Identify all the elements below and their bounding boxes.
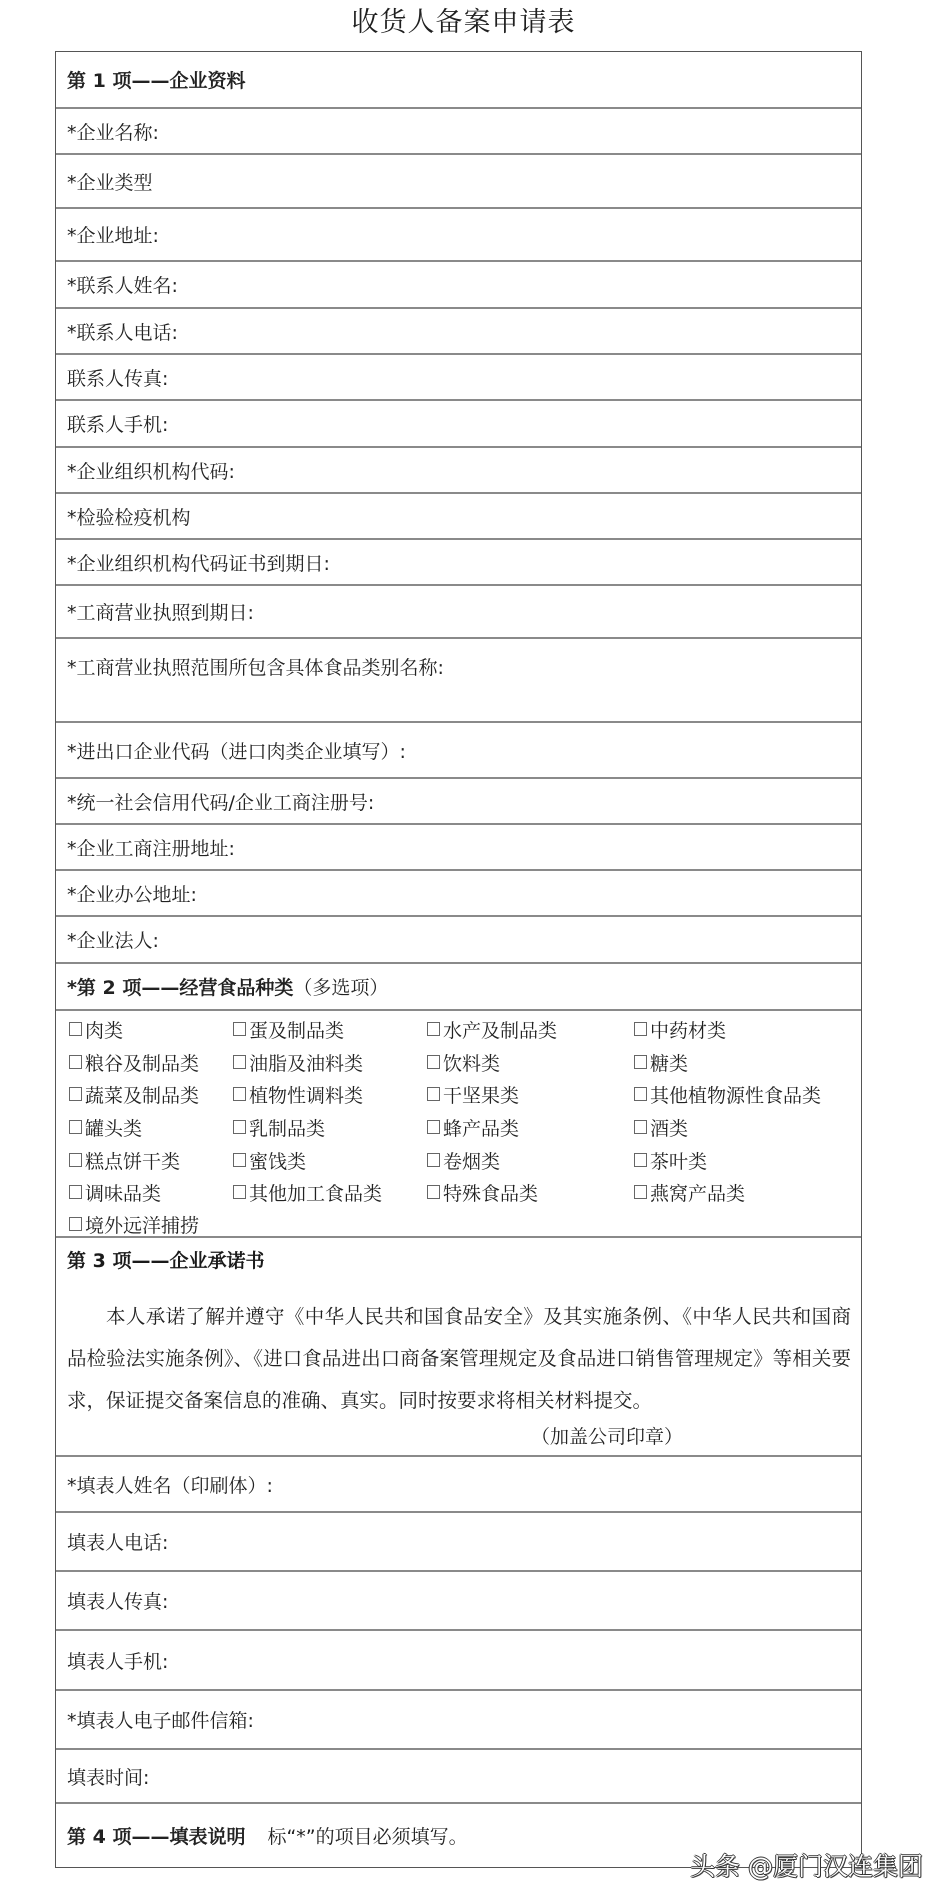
section2-heading-text: *第 2 项——经营食品种类 <box>67 973 293 1000</box>
checkbox-meat[interactable]: 肉类 <box>69 1016 123 1042</box>
field-label: *企业组织机构代码证书到期日: <box>67 549 330 576</box>
checkbox-icon <box>69 1185 82 1199</box>
field-label: 填表人手机: <box>67 1647 168 1674</box>
checkbox-icon <box>233 1120 246 1134</box>
application-form-table: 第 1 项——企业资料 *企业名称: *企业类型 *企业地址: *联系人姓名: … <box>55 51 862 1868</box>
field-filler-name[interactable]: *填表人姓名（印刷体）: <box>56 1457 861 1513</box>
field-label: *统一社会信用代码/企业工商注册号: <box>67 788 374 815</box>
checkbox-dairy[interactable]: 乳制品类 <box>233 1114 325 1140</box>
field-label: *填表人电子邮件信箱: <box>67 1706 254 1733</box>
checkbox-chinese-medicine[interactable]: 中药材类 <box>634 1016 726 1042</box>
field-import-export-code[interactable]: *进出口企业代码（进口肉类企业填写）: <box>56 723 861 779</box>
checkbox-sugar[interactable]: 糖类 <box>634 1049 688 1075</box>
section3-commitment: 第 3 项——企业承诺书 本人承诺了解并遵守《中华人民共和国食品安全》及其实施条… <box>56 1238 861 1457</box>
field-inspection-agency[interactable]: *检验检疫机构 <box>56 494 861 540</box>
checkbox-icon <box>69 1217 82 1231</box>
field-label: *填表人姓名（印刷体）: <box>67 1471 273 1498</box>
checkbox-preserved-fruit[interactable]: 蜜饯类 <box>233 1147 306 1173</box>
field-label: *联系人姓名: <box>67 271 178 298</box>
checkbox-icon <box>233 1055 246 1069</box>
field-label: *企业法人: <box>67 926 159 953</box>
section4-heading: 第 4 项——填表说明 <box>67 1822 245 1849</box>
field-label: 填表时间: <box>67 1763 149 1790</box>
checkbox-bee-products[interactable]: 蜂产品类 <box>427 1114 519 1140</box>
section2-heading-note: （多选项） <box>293 973 388 1000</box>
checkbox-canned[interactable]: 罐头类 <box>69 1114 142 1140</box>
field-label: *工商营业执照到期日: <box>67 598 254 625</box>
field-license-expiry[interactable]: *工商营业执照到期日: <box>56 586 861 639</box>
checkbox-icon <box>69 1087 82 1101</box>
checkbox-icon <box>69 1055 82 1069</box>
field-filler-email[interactable]: *填表人电子邮件信箱: <box>56 1691 861 1750</box>
checkbox-icon <box>233 1087 246 1101</box>
commitment-paragraph: 本人承诺了解并遵守《中华人民共和国食品安全》及其实施条例、《中华人民共和国商品检… <box>67 1296 851 1422</box>
checkbox-tea[interactable]: 茶叶类 <box>634 1147 707 1173</box>
checkbox-icon <box>233 1022 246 1036</box>
company-seal-note: （加盖公司印章） <box>531 1422 683 1449</box>
checkbox-icon <box>233 1153 246 1167</box>
field-company-name[interactable]: *企业名称: <box>56 109 861 155</box>
checkbox-icon <box>634 1022 647 1036</box>
field-contact-phone[interactable]: *联系人电话: <box>56 309 861 355</box>
section2-heading: *第 2 项——经营食品种类（多选项） <box>56 964 861 1011</box>
checkbox-icon <box>634 1055 647 1069</box>
checkbox-other-processed[interactable]: 其他加工食品类 <box>233 1179 382 1205</box>
checkbox-vegetables[interactable]: 蔬菜及制品类 <box>69 1081 199 1107</box>
field-label: *联系人电话: <box>67 318 178 345</box>
checkbox-icon <box>427 1022 440 1036</box>
field-legal-representative[interactable]: *企业法人: <box>56 917 861 964</box>
section4-note: 标“*”的项目必须填写。 <box>267 1822 467 1849</box>
checkbox-icon <box>634 1120 647 1134</box>
field-org-code[interactable]: *企业组织机构代码: <box>56 448 861 494</box>
checkbox-aquatic[interactable]: 水产及制品类 <box>427 1016 557 1042</box>
field-label: *企业类型 <box>67 168 153 195</box>
checkbox-icon <box>427 1120 440 1134</box>
checkbox-icon <box>634 1087 647 1101</box>
checkbox-pastry-biscuits[interactable]: 糕点饼干类 <box>69 1147 180 1173</box>
field-company-type[interactable]: *企业类型 <box>56 155 861 209</box>
checkbox-special-foods[interactable]: 特殊食品类 <box>427 1179 538 1205</box>
field-label: 联系人传真: <box>67 364 168 391</box>
field-label: *企业组织机构代码: <box>67 457 235 484</box>
checkbox-cigarettes[interactable]: 卷烟类 <box>427 1147 500 1173</box>
field-filler-phone[interactable]: 填表人电话: <box>56 1513 861 1572</box>
watermark: 头条 @厦门汉连集团 <box>690 1847 923 1883</box>
checkbox-offshore-fishing[interactable]: 境外远洋捕捞 <box>69 1211 199 1237</box>
checkbox-icon <box>69 1022 82 1036</box>
checkbox-alcohol[interactable]: 酒类 <box>634 1114 688 1140</box>
field-office-address[interactable]: *企业办公地址: <box>56 871 861 917</box>
checkbox-icon <box>427 1153 440 1167</box>
food-category-checkbox-grid: 肉类 蛋及制品类 水产及制品类 中药材类 粮谷及制品类 油脂及油料类 饮料类 糖… <box>56 1011 861 1238</box>
checkbox-icon <box>427 1055 440 1069</box>
field-contact-fax[interactable]: 联系人传真: <box>56 355 861 401</box>
form-title: 收货人备案申请表 <box>0 4 927 42</box>
checkbox-oils[interactable]: 油脂及油料类 <box>233 1049 363 1075</box>
field-label: *企业名称: <box>67 118 159 145</box>
checkbox-icon <box>69 1120 82 1134</box>
field-label: *工商营业执照范围所包含具体食品类别名称: <box>67 653 444 680</box>
checkbox-icon <box>233 1185 246 1199</box>
field-label: *企业地址: <box>67 221 159 248</box>
field-filler-mobile[interactable]: 填表人手机: <box>56 1631 861 1691</box>
field-org-code-expiry[interactable]: *企业组织机构代码证书到期日: <box>56 540 861 586</box>
section1-heading: 第 1 项——企业资料 <box>56 52 861 109</box>
field-contact-mobile[interactable]: 联系人手机: <box>56 401 861 448</box>
checkbox-grain[interactable]: 粮谷及制品类 <box>69 1049 199 1075</box>
field-license-food-scope[interactable]: *工商营业执照范围所包含具体食品类别名称: <box>56 639 861 723</box>
checkbox-plant-seasonings[interactable]: 植物性调料类 <box>233 1081 363 1107</box>
checkbox-icon <box>427 1185 440 1199</box>
field-company-address[interactable]: *企业地址: <box>56 209 861 262</box>
field-fill-date[interactable]: 填表时间: <box>56 1750 861 1804</box>
field-label: *企业工商注册地址: <box>67 834 235 861</box>
field-filler-fax[interactable]: 填表人传真: <box>56 1572 861 1631</box>
checkbox-icon <box>634 1185 647 1199</box>
field-label: *企业办公地址: <box>67 880 197 907</box>
field-label: 填表人电话: <box>67 1528 168 1555</box>
checkbox-icon <box>634 1153 647 1167</box>
section3-heading: 第 3 项——企业承诺书 <box>67 1246 264 1273</box>
field-label: *检验检疫机构 <box>67 503 191 530</box>
checkbox-condiments[interactable]: 调味品类 <box>69 1179 161 1205</box>
field-label: 填表人传真: <box>67 1587 168 1614</box>
checkbox-nuts[interactable]: 干坚果类 <box>427 1081 519 1107</box>
checkbox-icon <box>69 1153 82 1167</box>
field-label: *进出口企业代码（进口肉类企业填写）: <box>67 737 406 764</box>
checkbox-beverages[interactable]: 饮料类 <box>427 1049 500 1075</box>
field-registered-address[interactable]: *企业工商注册地址: <box>56 825 861 871</box>
field-contact-name[interactable]: *联系人姓名: <box>56 262 861 309</box>
checkbox-eggs[interactable]: 蛋及制品类 <box>233 1016 344 1042</box>
checkbox-birds-nest[interactable]: 燕窝产品类 <box>634 1179 745 1205</box>
field-label: 联系人手机: <box>67 410 168 437</box>
field-credit-code[interactable]: *统一社会信用代码/企业工商注册号: <box>56 779 861 825</box>
checkbox-other-plant-foods[interactable]: 其他植物源性食品类 <box>634 1081 821 1107</box>
checkbox-icon <box>427 1087 440 1101</box>
